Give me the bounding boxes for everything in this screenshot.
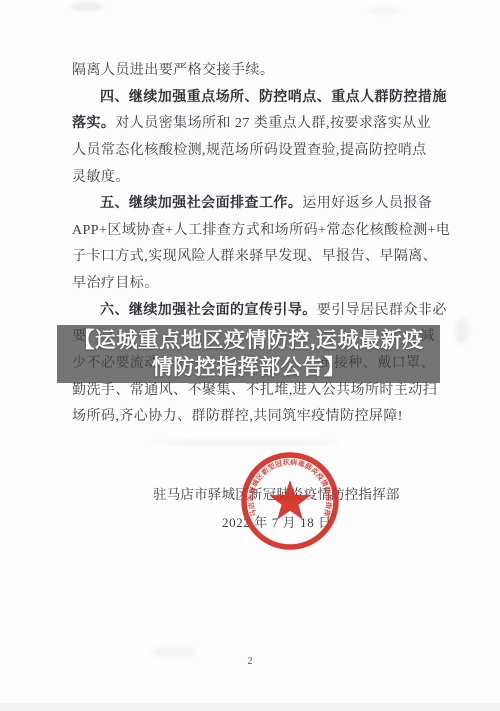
text-segment-bold: 五、继续加强社会面排查工作。 bbox=[100, 196, 302, 211]
scan-smudge bbox=[368, 6, 400, 14]
text-line: 六、继续加强社会面的宣传引导。要引导居民群众非必 bbox=[72, 298, 435, 325]
scan-edge-strip bbox=[0, 703, 500, 711]
text-line: 场所码,齐心协力、群防群控,共同筑牢疫情防控屏障! bbox=[72, 404, 435, 431]
overlay-caption: 【运城重点地区疫情防控,运城最新疫 情防控指挥部公告】 bbox=[57, 325, 440, 383]
text-line: 隔离人员进出要严格交接手续。 bbox=[72, 58, 435, 85]
scan-smudge bbox=[150, 440, 340, 445]
caption-line-2: 情防控指挥部公告】 bbox=[152, 354, 346, 381]
text-segment: 子卡口方式,实现风险人群来驿早发现、早报告、早隔离、 bbox=[72, 249, 437, 264]
text-segment-bold: 落实。 bbox=[72, 116, 115, 131]
text-segment: 对人员密集场所和 27 类重点人群,按要求落实从业 bbox=[115, 116, 431, 131]
text-line: 子卡口方式,实现风险人群来驿早发现、早报告、早隔离、 bbox=[72, 244, 435, 271]
caption-line-1: 【运城重点地区疫情防控,运城最新疫 bbox=[73, 327, 423, 354]
text-segment: APP+区域协查+人工排查方式和场所码+常态化核酸检测+电 bbox=[72, 223, 450, 238]
scanned-document-page: 隔离人员进出要严格交接手续。四、继续加强重点场所、防控哨点、重点人群防控措施落实… bbox=[0, 0, 500, 711]
text-line: 早治疗目标。 bbox=[72, 271, 435, 298]
text-line: 四、继续加强重点场所、防控哨点、重点人群防控措施 bbox=[72, 85, 435, 112]
text-segment: 运用好返乡人员报备 bbox=[302, 196, 432, 211]
text-segment-bold: 六、继续加强社会面的宣传引导。 bbox=[100, 303, 317, 318]
text-line: APP+区域协查+人工排查方式和场所码+常态化核酸检测+电 bbox=[72, 218, 435, 245]
text-segment: 隔离人员进出要严格交接手续。 bbox=[72, 63, 274, 78]
text-line: 五、继续加强社会面排查工作。运用好返乡人员报备 bbox=[72, 191, 435, 218]
scan-smudge bbox=[455, 318, 469, 344]
text-segment: 早治疗目标。 bbox=[72, 276, 159, 291]
text-segment: 人员常态化核酸检测,规范场所码设置查验,提高防控哨点 bbox=[72, 143, 427, 158]
scan-smudge bbox=[70, 2, 104, 11]
page-number: 2 bbox=[0, 656, 500, 667]
text-segment: 要引导居民群众非必 bbox=[317, 303, 447, 318]
text-line: 落实。对人员密集场所和 27 类重点人群,按要求落实从业 bbox=[72, 111, 435, 138]
text-line: 人员常态化核酸检测,规范场所码设置查验,提高防控哨点 bbox=[72, 138, 435, 165]
official-seal: 驻马店市驿城区新型冠状病毒肺炎疫情防控指挥部 bbox=[235, 446, 345, 556]
text-segment: 场所码,齐心协力、群防群控,共同筑牢疫情防控屏障! bbox=[72, 409, 403, 424]
text-segment-bold: 四、继续加强重点场所、防控哨点、重点人群防控措施 bbox=[100, 90, 447, 105]
text-line: 灵敏度。 bbox=[72, 165, 435, 192]
text-segment: 灵敏度。 bbox=[72, 170, 130, 185]
seal-star-icon bbox=[269, 480, 311, 520]
text-segment: 勤洗手、常通风、不聚集、不扎堆,进入公共场所时主动扫 bbox=[72, 383, 437, 398]
